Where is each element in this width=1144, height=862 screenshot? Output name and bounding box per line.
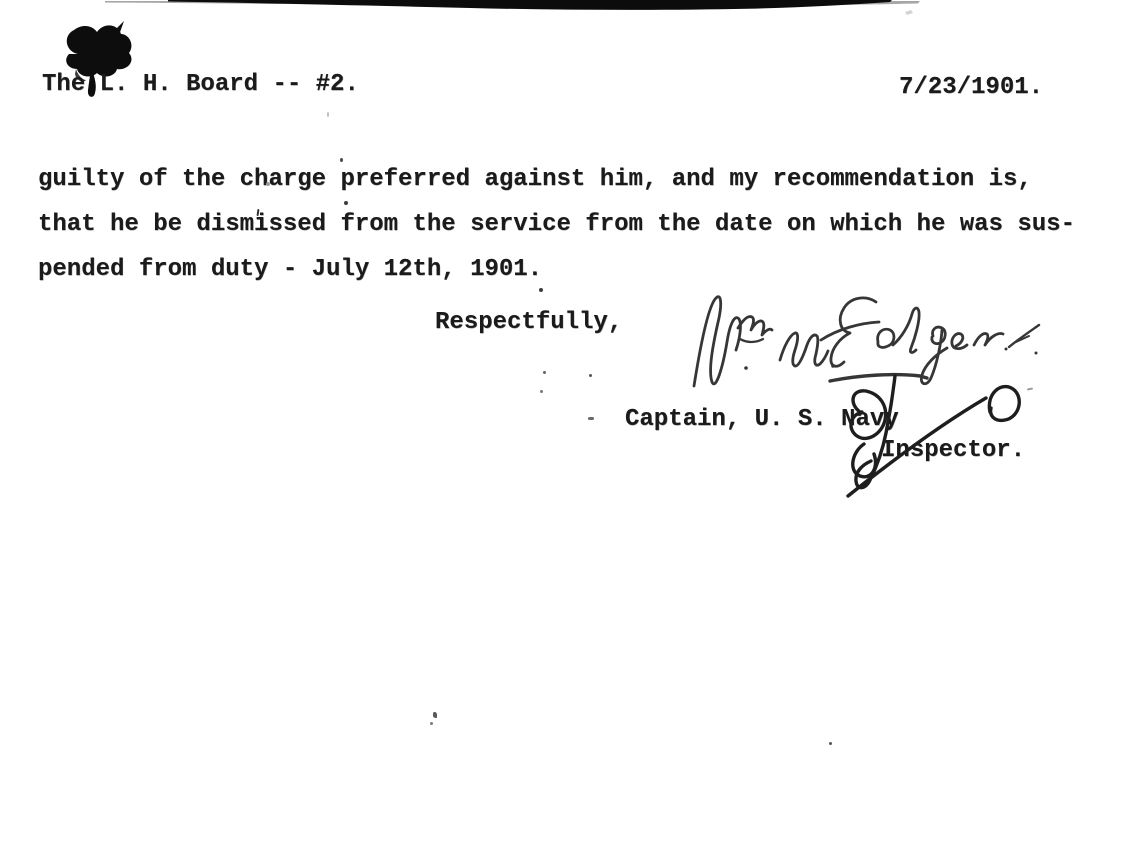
scan-speck [543,371,546,374]
body-line-3: pended from duty - July 12th, 1901. [38,256,542,284]
scan-speck [539,288,543,292]
scan-speck [433,712,437,718]
scan-speck [589,374,592,377]
scan-speck [829,742,832,745]
body-line-2: that he be dismissed from the service fr… [38,211,1075,239]
scan-speck [430,722,433,725]
scan-speck [344,201,348,205]
scan-artifact-top-bar [0,0,1144,16]
header-reference: The L. H. Board -- #2. [42,71,359,99]
header-date: 7/23/1901. [899,74,1043,102]
scan-speck [340,158,343,162]
scan-speck [588,417,594,420]
inspector-initials-handwriting [838,368,1038,504]
scanned-document: The L. H. Board -- #2. 7/23/1901. guilty… [0,0,1144,862]
scan-speck [327,112,329,117]
salutation: Respectfully, [435,309,622,337]
scan-speck [540,390,543,393]
scan-speck [266,182,270,186]
body-line-1: guilty of the charge preferred against h… [38,166,1032,194]
